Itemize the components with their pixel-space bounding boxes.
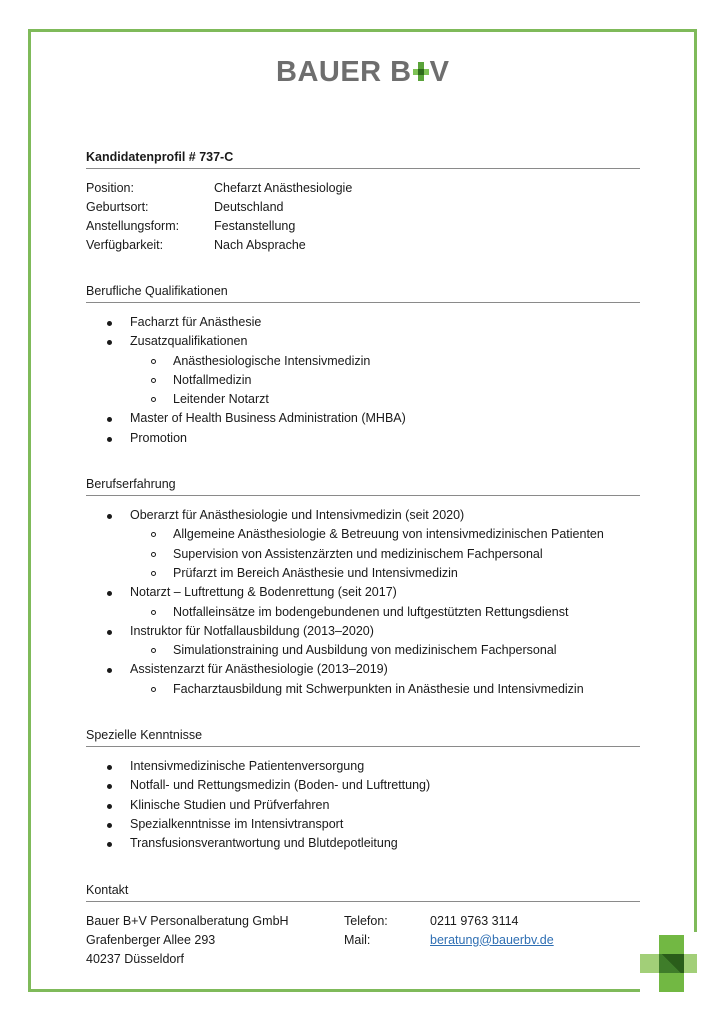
contact-block: Bauer B+V Personalberatung GmbH Grafenbe… <box>86 912 640 969</box>
phone-label: Telefon: <box>344 912 430 931</box>
field-label: Geburtsort: <box>86 198 214 217</box>
profile-field-row: Geburtsort:Deutschland <box>86 198 640 217</box>
sub-list-item-text: Facharztausbildung mit Schwerpunkten in … <box>173 682 584 696</box>
sub-list-item: Allgemeine Anästhesiologie & Betreuung v… <box>130 525 640 544</box>
profile-document: Kandidatenprofil # 737-C Position:Chefar… <box>86 148 640 969</box>
section-heading: Berufliche Qualifikationen <box>86 282 640 303</box>
company-logo: BAUER BV <box>276 55 449 89</box>
list-item: Instruktor für Notfallausbildung (2013–2… <box>86 622 640 661</box>
section-heading: Berufserfahrung <box>86 475 640 496</box>
list-item-text: Oberarzt für Anästhesiologie und Intensi… <box>130 508 464 522</box>
street: Grafenberger Allee 293 <box>86 931 344 950</box>
field-value: Deutschland <box>214 198 640 217</box>
sub-list-item-text: Anästhesiologische Intensivmedizin <box>173 354 370 368</box>
sub-list-item-text: Notfallmedizin <box>173 373 252 387</box>
experience-section: Berufserfahrung Oberarzt für Anästhesiol… <box>86 475 640 699</box>
bullet-icon <box>107 823 112 828</box>
circle-bullet-icon <box>151 610 156 615</box>
bullet-icon <box>107 417 112 422</box>
section-heading: Spezielle Kenntnisse <box>86 726 640 747</box>
list-item: Facharzt für Anästhesie <box>86 313 640 332</box>
plus-icon <box>413 60 429 82</box>
list-item: Klinische Studien und Prüfverfahren <box>86 796 640 815</box>
bullet-icon <box>107 804 112 809</box>
list-item: Spezialkenntnisse im Intensivtransport <box>86 815 640 834</box>
profile-section: Kandidatenprofil # 737-C Position:Chefar… <box>86 148 640 255</box>
profile-field-row: Position:Chefarzt Anästhesiologie <box>86 179 640 198</box>
field-label: Verfügbarkeit: <box>86 236 214 255</box>
circle-bullet-icon <box>151 687 156 692</box>
sub-list: Anästhesiologische IntensivmedizinNotfal… <box>130 352 640 410</box>
sub-list-item-text: Prüfarzt im Bereich Anästhesie und Inten… <box>173 566 458 580</box>
section-heading: Kontakt <box>86 881 640 902</box>
circle-bullet-icon <box>151 648 156 653</box>
list-item-text: Transfusionsverantwortung und Blutdepotl… <box>130 836 398 850</box>
list-item: Promotion <box>86 429 640 448</box>
email-link[interactable]: beratung@bauerbv.de <box>430 933 554 947</box>
sub-list-item: Supervision von Assistenzärzten und medi… <box>130 545 640 564</box>
company-name: Bauer B+V Personalberatung GmbH <box>86 912 344 931</box>
mail-label: Mail: <box>344 931 430 950</box>
list-item-text: Intensivmedizinische Patientenversorgung <box>130 759 364 773</box>
bullet-icon <box>107 437 112 442</box>
experience-list: Oberarzt für Anästhesiologie und Intensi… <box>86 506 640 699</box>
circle-bullet-icon <box>151 552 156 557</box>
field-value: Chefarzt Anästhesiologie <box>214 179 640 198</box>
sub-list-item-text: Leitender Notarzt <box>173 392 269 406</box>
list-item-text: Notarzt – Luftrettung & Bodenrettung (se… <box>130 585 397 599</box>
frame-border-bottom <box>28 989 640 992</box>
sub-list-item: Notfalleinsätze im bodengebundenen und l… <box>130 603 640 622</box>
sub-list-item: Facharztausbildung mit Schwerpunkten in … <box>130 680 640 699</box>
circle-bullet-icon <box>151 571 156 576</box>
sub-list: Allgemeine Anästhesiologie & Betreuung v… <box>130 525 640 583</box>
logo-text-prefix: BAUER B <box>276 56 412 88</box>
list-item: Notfall- und Rettungsmedizin (Boden- und… <box>86 776 640 795</box>
list-item: ZusatzqualifikationenAnästhesiologische … <box>86 332 640 409</box>
contact-section: Kontakt Bauer B+V Personalberatung GmbH … <box>86 881 640 969</box>
qualifications-section: Berufliche Qualifikationen Facharzt für … <box>86 282 640 448</box>
list-item-text: Notfall- und Rettungsmedizin (Boden- und… <box>130 778 430 792</box>
profile-field-row: Verfügbarkeit:Nach Absprache <box>86 236 640 255</box>
contact-values: 0211 9763 3114 beratung@bauerbv.de <box>430 912 640 969</box>
field-label: Anstellungsform: <box>86 217 214 236</box>
list-item-text: Instruktor für Notfallausbildung (2013–2… <box>130 624 374 638</box>
cross-logo-icon <box>640 935 697 992</box>
list-item-text: Master of Health Business Administration… <box>130 411 406 425</box>
list-item: Oberarzt für Anästhesiologie und Intensi… <box>86 506 640 583</box>
circle-bullet-icon <box>151 397 156 402</box>
circle-bullet-icon <box>151 532 156 537</box>
sub-list-item: Notfallmedizin <box>130 371 640 390</box>
circle-bullet-icon <box>151 359 156 364</box>
sub-list-item-text: Supervision von Assistenzärzten und medi… <box>173 547 543 561</box>
field-value: Nach Absprache <box>214 236 640 255</box>
list-item: Assistenzarzt für Anästhesiologie (2013–… <box>86 660 640 699</box>
list-item: Master of Health Business Administration… <box>86 409 640 428</box>
bullet-icon <box>107 340 112 345</box>
contact-labels: Telefon: Mail: <box>344 912 430 969</box>
list-item: Notarzt – Luftrettung & Bodenrettung (se… <box>86 583 640 622</box>
qualifications-list: Facharzt für AnästhesieZusatzqualifikati… <box>86 313 640 448</box>
sub-list-item-text: Notfalleinsätze im bodengebundenen und l… <box>173 605 568 619</box>
bullet-icon <box>107 630 112 635</box>
contact-address: Bauer B+V Personalberatung GmbH Grafenbe… <box>86 912 344 969</box>
sub-list-item: Prüfarzt im Bereich Anästhesie und Inten… <box>130 564 640 583</box>
bullet-icon <box>107 784 112 789</box>
list-item-text: Assistenzarzt für Anästhesiologie (2013–… <box>130 662 388 676</box>
field-value: Festanstellung <box>214 217 640 236</box>
profile-title: Kandidatenprofil # 737-C <box>86 148 640 169</box>
logo-text-suffix: V <box>430 56 450 88</box>
bullet-icon <box>107 668 112 673</box>
sub-list-item: Leitender Notarzt <box>130 390 640 409</box>
bullet-icon <box>107 842 112 847</box>
frame-border-top <box>28 29 697 32</box>
list-item: Intensivmedizinische Patientenversorgung <box>86 757 640 776</box>
frame-border-left <box>28 29 31 992</box>
frame-border-right <box>694 29 697 932</box>
list-item-text: Promotion <box>130 431 187 445</box>
list-item-text: Klinische Studien und Prüfverfahren <box>130 798 329 812</box>
list-item-text: Spezialkenntnisse im Intensivtransport <box>130 817 343 831</box>
field-label: Position: <box>86 179 214 198</box>
bullet-icon <box>107 765 112 770</box>
bullet-icon <box>107 514 112 519</box>
sub-list: Facharztausbildung mit Schwerpunkten in … <box>130 680 640 699</box>
phone-number: 0211 9763 3114 <box>430 912 640 931</box>
circle-bullet-icon <box>151 378 156 383</box>
sub-list: Notfalleinsätze im bodengebundenen und l… <box>130 603 640 622</box>
bullet-icon <box>107 591 112 596</box>
sub-list-item-text: Simulationstraining und Ausbildung von m… <box>173 643 557 657</box>
sub-list-item-text: Allgemeine Anästhesiologie & Betreuung v… <box>173 527 604 541</box>
profile-field-row: Anstellungsform:Festanstellung <box>86 217 640 236</box>
skills-list: Intensivmedizinische Patientenversorgung… <box>86 757 640 853</box>
list-item: Transfusionsverantwortung und Blutdepotl… <box>86 834 640 853</box>
list-item-text: Zusatzqualifikationen <box>130 334 247 348</box>
sub-list: Simulationstraining und Ausbildung von m… <box>130 641 640 660</box>
skills-section: Spezielle Kenntnisse Intensivmedizinisch… <box>86 726 640 853</box>
list-item-text: Facharzt für Anästhesie <box>130 315 261 329</box>
bullet-icon <box>107 321 112 326</box>
sub-list-item: Simulationstraining und Ausbildung von m… <box>130 641 640 660</box>
sub-list-item: Anästhesiologische Intensivmedizin <box>130 352 640 371</box>
city: 40237 Düsseldorf <box>86 950 344 969</box>
profile-fields: Position:Chefarzt AnästhesiologieGeburts… <box>86 179 640 255</box>
